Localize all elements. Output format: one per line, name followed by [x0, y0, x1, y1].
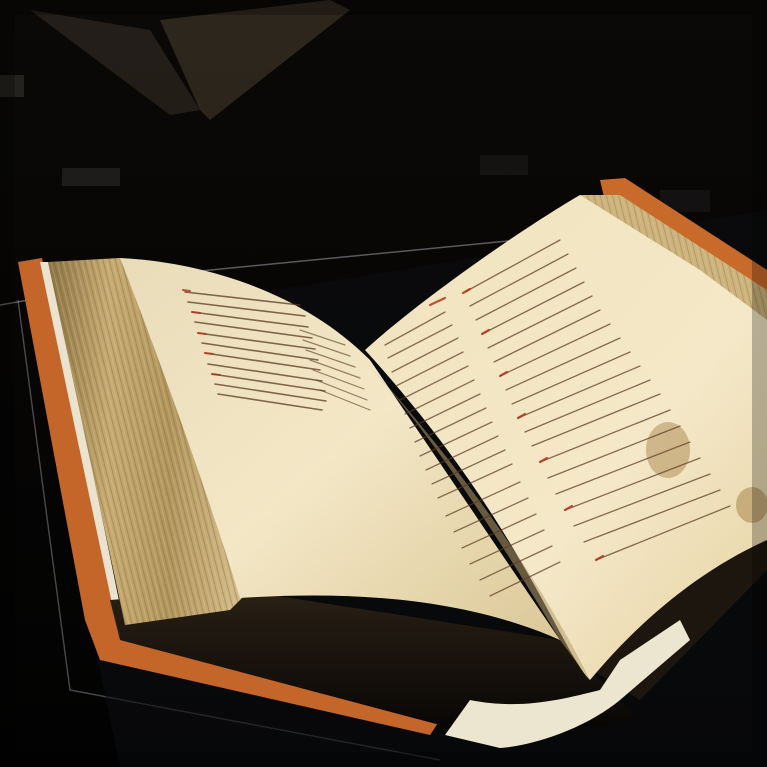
manuscript-photo — [0, 0, 767, 767]
photo-canvas — [0, 0, 767, 767]
